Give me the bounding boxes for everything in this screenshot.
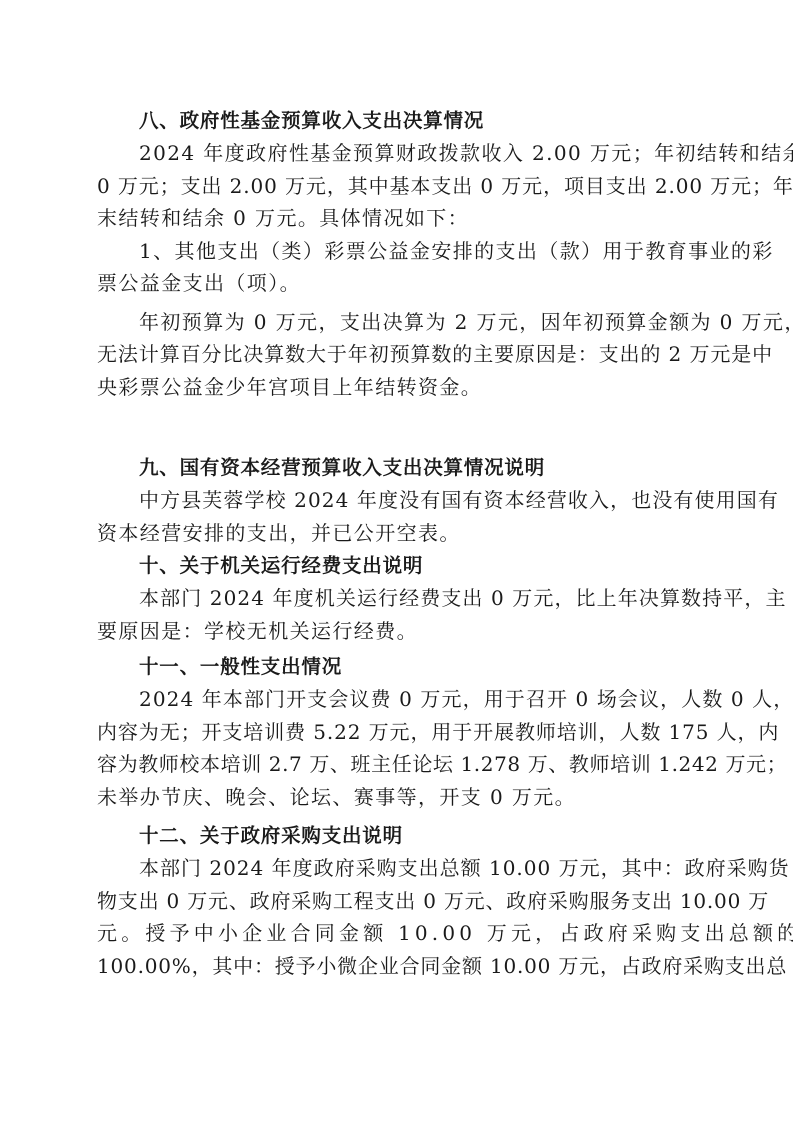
section-heading-8: 八、政府性基金预算收入支出决算情况 bbox=[97, 104, 698, 137]
paragraph-line: 内容为无；开支培训费 5.22 万元，用于开展教师培训，人数 175 人，内 bbox=[97, 716, 698, 749]
paragraph-line: 容为教师校本培训 2.7 万、班主任论坛 1.278 万、教师培训 1.242 … bbox=[97, 748, 698, 781]
paragraph-line: 央彩票公益金少年宫项目上年结转资金。 bbox=[97, 371, 698, 404]
paragraph-line: 本部门 2024 年度政府采购支出总额 10.00 万元，其中：政府采购货 bbox=[97, 852, 698, 885]
paragraph-line: 年初预算为 0 万元，支出决算为 2 万元，因年初预算金额为 0 万元， bbox=[97, 306, 698, 339]
paragraph-line: 票公益金支出（项）。 bbox=[97, 267, 698, 300]
paragraph-line: 未举办节庆、晚会、论坛、赛事等，开支 0 万元。 bbox=[97, 781, 698, 814]
paragraph-line: 100.00%，其中：授予小微企业合同金额 10.00 万元，占政府采购支出总 bbox=[97, 950, 698, 983]
section-heading-10: 十、关于机关运行经费支出说明 bbox=[97, 549, 698, 582]
paragraph-line: 本部门 2024 年度机关运行经费支出 0 万元，比上年决算数持平，主 bbox=[97, 582, 698, 615]
section-heading-11: 十一、一般性支出情况 bbox=[97, 650, 698, 683]
paragraph-line: 物支出 0 万元、政府采购工程支出 0 万元、政府采购服务支出 10.00 万 bbox=[97, 885, 698, 918]
paragraph-line: 元。授予中小企业合同金额 10.00 万元，占政府采购支出总额的 bbox=[97, 917, 698, 950]
paragraph-line: 2024 年本部门开支会议费 0 万元，用于召开 0 场会议，人数 0 人， bbox=[97, 683, 698, 716]
paragraph-line: 末结转和结余 0 万元。具体情况如下： bbox=[97, 202, 698, 235]
section-spacer bbox=[97, 403, 698, 451]
paragraph-line: 中方县芙蓉学校 2024 年度没有国有资本经营收入，也没有使用国有 bbox=[97, 484, 698, 517]
paragraph-line: 无法计算百分比决算数大于年初预算数的主要原因是：支出的 2 万元是中 bbox=[97, 338, 698, 371]
paragraph-line: 资本经营安排的支出，并已公开空表。 bbox=[97, 517, 698, 550]
section-heading-9: 九、国有资本经营预算收入支出决算情况说明 bbox=[97, 451, 698, 484]
document-page: 八、政府性基金预算收入支出决算情况 2024 年度政府性基金预算财政拨款收入 2… bbox=[97, 104, 698, 982]
paragraph-line: 1、其他支出（类）彩票公益金安排的支出（款）用于教育事业的彩 bbox=[97, 235, 698, 268]
section-heading-12: 十二、关于政府采购支出说明 bbox=[97, 819, 698, 852]
paragraph-line: 2024 年度政府性基金预算财政拨款收入 2.00 万元；年初结转和结余 bbox=[97, 137, 698, 170]
paragraph-line: 0 万元；支出 2.00 万元，其中基本支出 0 万元，项目支出 2.00 万元… bbox=[97, 170, 698, 203]
paragraph-line: 要原因是：学校无机关运行经费。 bbox=[97, 615, 698, 648]
